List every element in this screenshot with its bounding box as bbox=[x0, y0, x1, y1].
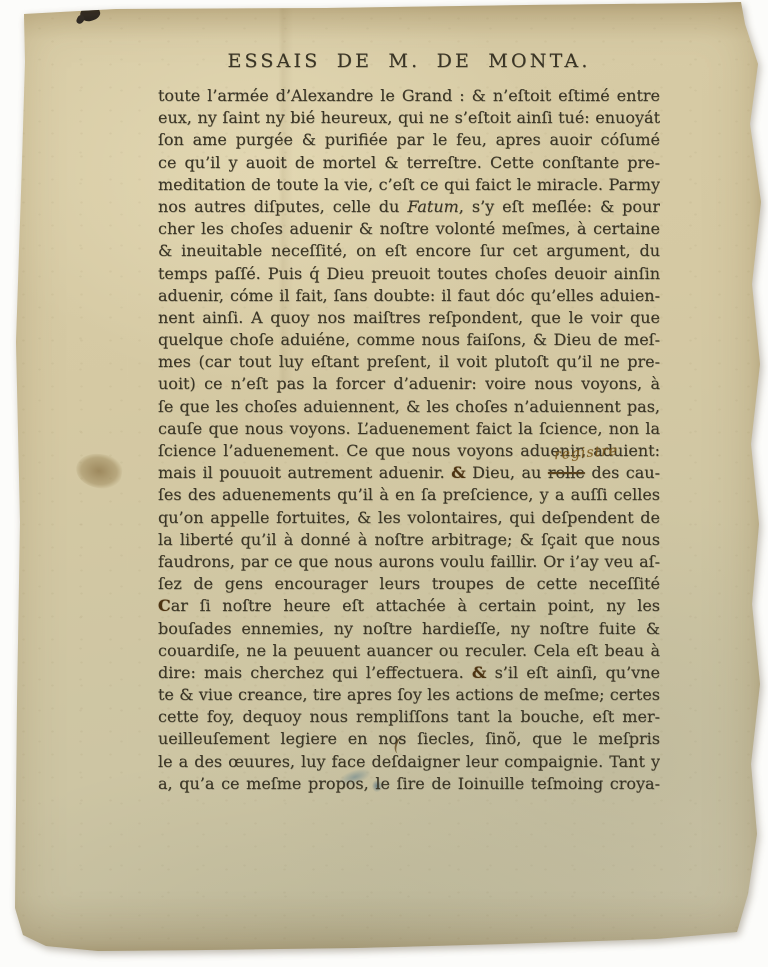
text-line: dire: mais cherchez qui l’effectuera. & … bbox=[158, 662, 660, 684]
text-line: mes (car tout luy eſtant preſent, il voi… bbox=[158, 351, 660, 373]
text-line: le a des œuures, luy face deſdaigner leu… bbox=[158, 751, 660, 773]
text-line: qu’on appelle fortuites, & les volontair… bbox=[158, 507, 660, 529]
page-wrapper: ESSAIS DE M. DE MONTA. toute l’armée d’A… bbox=[0, 0, 768, 967]
text-line: meditation de toute la vie, c’eſt ce qui… bbox=[158, 174, 660, 196]
running-header: ESSAIS DE M. DE MONTA. bbox=[158, 48, 660, 74]
ink-blot-tail bbox=[75, 14, 85, 25]
text-line: aduenir, cóme il fait, ſans doubte: il f… bbox=[158, 285, 660, 307]
text-line: uoit) ce n’eſt pas la forcer d’aduenir: … bbox=[158, 373, 660, 395]
text-line: nent ainſi. A quoy nos maiſtres reſponde… bbox=[158, 307, 660, 329]
text-line: faudrons, par ce que nous aurons voulu f… bbox=[158, 551, 660, 573]
text-line: nos autres diſputes, celle du Fatum, s’y… bbox=[158, 196, 660, 218]
text-line: cher les choſes aduenir & noſtre volonté… bbox=[158, 218, 660, 240]
text-line: mais il pouuoit autrement aduenir. & Die… bbox=[158, 462, 660, 484]
text-line: ce qu’il y auoit de mortel & terreſtre. … bbox=[158, 152, 660, 174]
text-line: a, qu’a ce meſme propos, le ſire de Ioin… bbox=[158, 773, 660, 795]
text-line: cauſe que nous voyons. L’aduenement faic… bbox=[158, 418, 660, 440]
text-line: toute l’armée d’Alexandre le Grand : & n… bbox=[158, 85, 660, 107]
text-line: ueilleuſement legiere en nos ſiecles, ſi… bbox=[158, 728, 660, 750]
text-line: eux, ny ſaint ny bié heureux, qui ne s’e… bbox=[158, 107, 660, 129]
text-line: te & viue creance, tire apres ſoy les ac… bbox=[158, 684, 660, 706]
text-line: & ineuitable neceſſité, on eſt encore ſu… bbox=[158, 240, 660, 262]
text-line: la liberté qu’il à donné à noſtre arbitr… bbox=[158, 529, 660, 551]
text-line: ſez de gens encourager leurs troupes de … bbox=[158, 573, 660, 595]
text-line: ſes des aduenements qu’il à en ſa preſci… bbox=[158, 484, 660, 506]
text-line: cette foy, dequoy nous rempliſſons tant … bbox=[158, 706, 660, 728]
text-line: bouſades ennemies, ny noſtre hardieſſe, … bbox=[158, 618, 660, 640]
text-line: quelque choſe aduiéne, comme nous faiſon… bbox=[158, 329, 660, 351]
photo-backdrop: ESSAIS DE M. DE MONTA. toute l’armée d’A… bbox=[0, 0, 768, 967]
text-line: couardiſe, ne la peuuent auancer ou recu… bbox=[158, 640, 660, 662]
body-text: toute l’armée d’Alexandre le Grand : & n… bbox=[158, 85, 660, 795]
text-line: temps paſſé. Puis q́ Dieu preuoit toutes… bbox=[158, 263, 660, 285]
text-block: ESSAIS DE M. DE MONTA. toute l’armée d’A… bbox=[158, 48, 660, 795]
text-line: ſon ame purgée & purifiée par le feu, ap… bbox=[158, 129, 660, 151]
fox-stain bbox=[74, 451, 124, 491]
text-line: ſe que les choſes aduiennent, & les choſ… bbox=[158, 396, 660, 418]
text-line: Car ſi noſtre heure eſt attachée à certa… bbox=[158, 595, 660, 617]
book-page: ESSAIS DE M. DE MONTA. toute l’armée d’A… bbox=[6, 2, 762, 952]
